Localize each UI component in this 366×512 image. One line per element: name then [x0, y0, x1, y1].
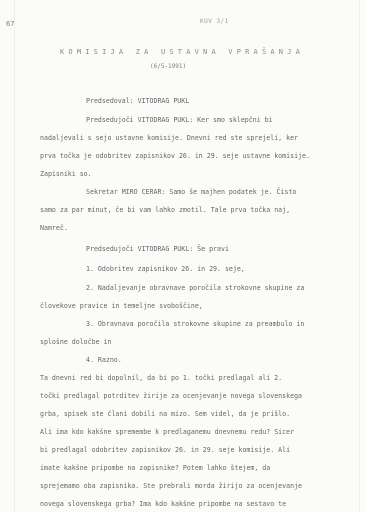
- left-margin-line: [14, 0, 15, 512]
- chair-line: Predsedoval: VITODRAG PUKL: [86, 97, 189, 105]
- agenda-item: 2. Nadaljevanje obravnave poročila strok…: [86, 284, 304, 292]
- text-line: novega slovenskega grba? Ima kdo kakšne …: [40, 500, 286, 508]
- text-line: Predsedujoči VITODRAG PUKL: Še pravi: [86, 245, 229, 253]
- text-line: sprejemamo oba zapisnika. Ste prebrali m…: [40, 482, 302, 490]
- text-line: Ali ima kdo kakšne spremembe k predlagan…: [40, 428, 294, 436]
- text-line: splošne določbe in: [40, 338, 111, 346]
- page-number: 67: [6, 20, 14, 28]
- text-line: samo za par minut, če bi vam lahko zmoti…: [40, 206, 290, 214]
- text-line: grba, spisek ste člani dobili na mizo. S…: [40, 410, 290, 418]
- text-line: nadaljevali s sejo ustavne komisije. Dne…: [40, 134, 298, 142]
- text-line: točki predlagal potrditev žirije za ocen…: [40, 392, 302, 400]
- document-title: KOMISIJA ZA USTAVNA VPRAŠANJA: [60, 48, 304, 56]
- session-date: (6/5-1991): [150, 63, 186, 70]
- text-line: prva točka je odobritev zapisnikov 26. i…: [40, 152, 310, 160]
- text-line: Predsedujoči VITODRAG PUKL: Ker smo skle…: [86, 116, 273, 124]
- text-line: bi predlagal odobritev zapisnikov 26. in…: [40, 446, 290, 454]
- text-line: Zapisniki so.: [40, 170, 92, 178]
- text-line: človekove pravice in temeljne svoboščine…: [40, 302, 203, 310]
- text-line: Ta dnevni red bi dopolnil, da bi po 1. t…: [40, 374, 282, 382]
- agenda-item: 3. Obravnava poročila strokovne skupine …: [86, 320, 304, 328]
- document-code: KUV 3/1: [200, 18, 229, 25]
- text-line: imate kakšne pripombe na zapisnike? Pote…: [40, 464, 270, 472]
- text-line: Namreč.: [40, 224, 68, 232]
- text-line: Sekretar MIRO CERAR: Samo še majhen poda…: [86, 188, 296, 196]
- agenda-item: 1. Odobritev zapisnikov 26. in 29. seje,: [86, 265, 245, 273]
- agenda-item: 4. Razno.: [86, 356, 122, 364]
- right-margin-line: [359, 0, 360, 512]
